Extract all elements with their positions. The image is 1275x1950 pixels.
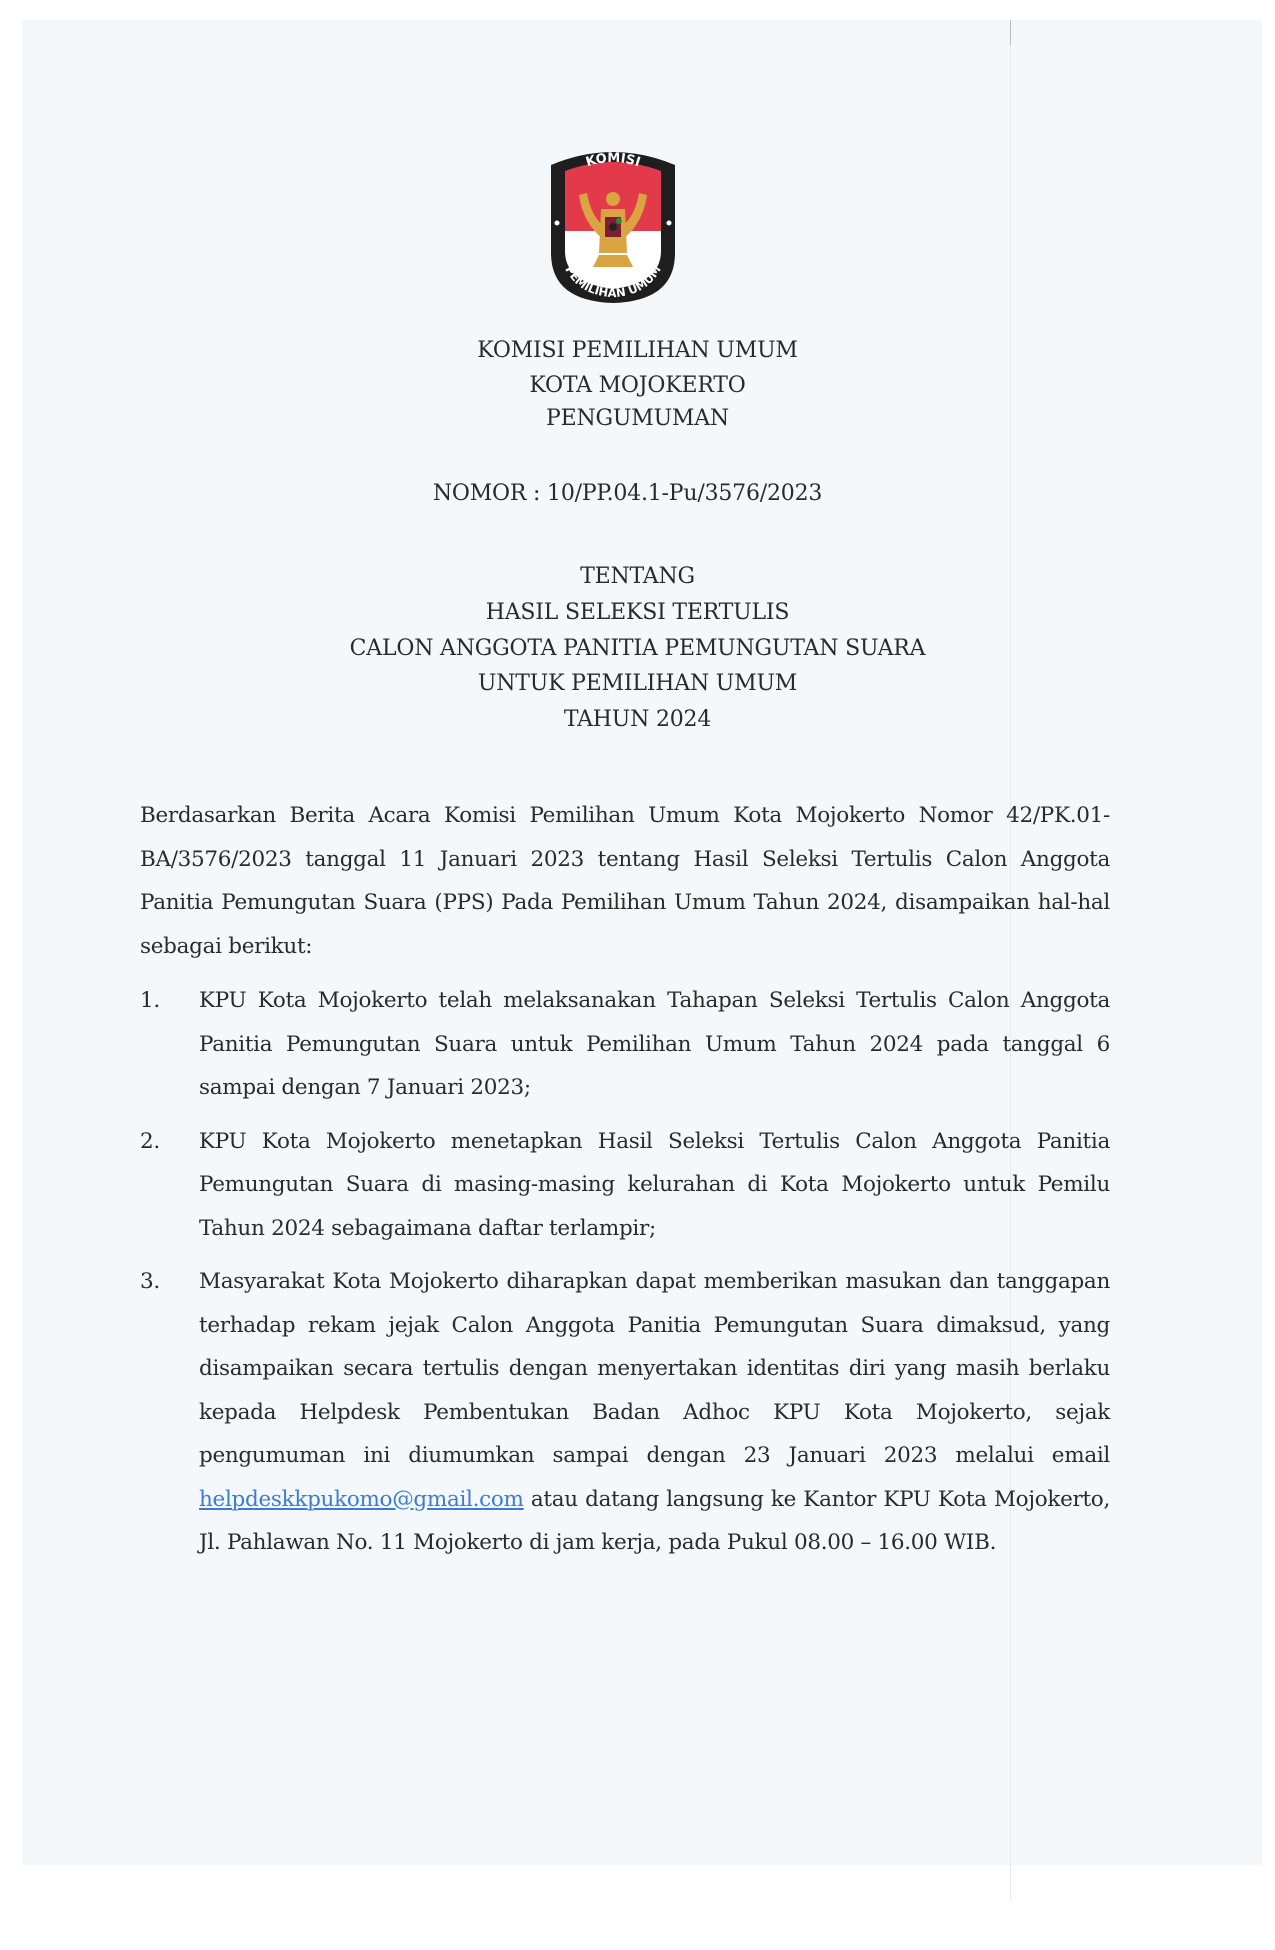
org-name-line1: KOMISI PEMILIHAN UMUM — [0, 340, 1275, 362]
subject-line-2: CALON ANGGOTA PANITIA PEMUNGUTAN SUARA — [0, 638, 1275, 660]
list-number: 3. — [140, 1260, 160, 1304]
subject-year: TAHUN 2024 — [0, 709, 1275, 731]
intro-paragraph: Berdasarkan Berita Acara Komisi Pemiliha… — [140, 794, 1110, 968]
subject-line-3: UNTUK PEMILIHAN UMUM — [0, 673, 1275, 695]
list-item-text: Masyarakat Kota Mojokerto diharapkan dap… — [199, 1260, 1110, 1565]
list-item: 3. Masyarakat Kota Mojokerto diharapkan … — [140, 1260, 1110, 1565]
subject-line-1: HASIL SELEKSI TERTULIS — [0, 602, 1275, 624]
document-type: PENGUMUMAN — [0, 408, 1275, 430]
list-number: 1. — [140, 979, 160, 1023]
org-name-line2: KOTA MOJOKERTO — [0, 375, 1275, 397]
kpu-emblem-icon: KOMISI PEMILIHAN UMUM — [543, 143, 683, 303]
announcement-list: 1. KPU Kota Mojokerto telah melaksanakan… — [140, 979, 1110, 1565]
list-item: 1. KPU Kota Mojokerto telah melaksanakan… — [140, 979, 1110, 1110]
list-item-text: KPU Kota Mojokerto telah melaksanakan Ta… — [199, 979, 1110, 1110]
helpdesk-email-link[interactable]: helpdeskkpukomo@gmail.com — [199, 1487, 524, 1512]
list-number: 2. — [140, 1120, 160, 1164]
scan-artifact-mark — [1010, 20, 1011, 45]
list-item: 2. KPU Kota Mojokerto menetapkan Hasil S… — [140, 1120, 1110, 1251]
document-number: NOMOR : 10/PP.04.1-Pu/3576/2023 — [0, 483, 1265, 505]
list-item-text: KPU Kota Mojokerto menetapkan Hasil Sele… — [199, 1120, 1110, 1251]
intro-text: Berdasarkan Berita Acara Komisi Pemiliha… — [140, 794, 1110, 968]
subject-label: TENTANG — [0, 566, 1275, 588]
